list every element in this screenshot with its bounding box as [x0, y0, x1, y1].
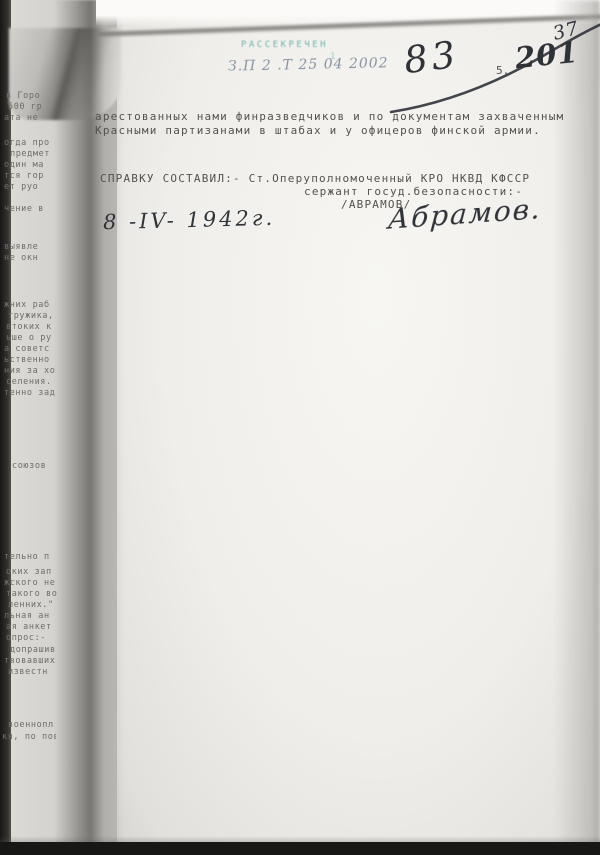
left-page-text-fragment: выявле [4, 242, 58, 252]
left-page-text-fragment: ая анкет [6, 622, 60, 632]
left-page-text-fragment: кя, по пов [2, 732, 56, 742]
left-page-text-fragment: льная ан [4, 611, 58, 621]
scan-right-vignette [554, 0, 600, 855]
left-page-text-fragment: твовавших [4, 656, 58, 666]
left-page-text-fragment: ьше о ру [6, 333, 60, 343]
left-page-text-fragment: ьственно [4, 355, 58, 365]
left-page-text-fragment: тся гор [4, 171, 58, 181]
left-page-text-fragment: ет руо [4, 182, 58, 192]
left-page-text-fragment: оких зап [6, 567, 60, 577]
handwritten-date: 8 -IV- 1942г. [103, 206, 276, 234]
handwritten-number-83: 83 [402, 33, 462, 82]
left-page-text-fragment: в Горо [6, 91, 60, 101]
body-text-line-2: Красными партизанами в штабах и у офицер… [95, 124, 541, 137]
left-page-text-fragment: ата не [4, 113, 58, 123]
left-page-text-fragment: опрос:- [6, 633, 60, 643]
left-page-text-fragment: ленних." [8, 600, 62, 610]
body-text-line-1: арестованных нами финразведчиков и по до… [95, 110, 564, 123]
left-page-text-fragment: чение в [4, 204, 58, 214]
left-page-text-fragment: тружика, [8, 311, 62, 321]
left-page-text-fragment: жних раб [4, 300, 58, 310]
left-page-text-fragment: селения. [6, 377, 60, 387]
left-page-text-fragment: ния за хо [4, 366, 58, 376]
left-page-text-fragment: военнопл [8, 720, 62, 730]
left-page-text-fragment: жского не [4, 578, 58, 588]
left-page-text-fragment: союзов [12, 461, 66, 471]
left-page-text-fragment: огда про [4, 138, 58, 148]
spravka-author-line-1: СПРАВКУ СОСТАВИЛ:- Ст.Оперуполномоченный… [100, 172, 530, 185]
left-page-text-fragment: тельно п [4, 552, 58, 562]
scan-bottom-edge [0, 842, 600, 855]
typed-page-number-5: 5. [496, 64, 509, 77]
left-page-text-fragment: а советс [4, 344, 58, 354]
declassification-date-note: З.П 2 .Т 25 04 2002 [228, 55, 389, 74]
left-page-text-fragment: не окн [4, 253, 58, 263]
scanned-document-page: в Горо 500 гр ата не огда про предмет од… [0, 0, 600, 855]
left-page-text-fragment: допрашив [10, 645, 64, 655]
left-page-text-fragment: втоких к [6, 322, 60, 332]
declassified-stamp: РАССЕКРЕЧЕН [241, 40, 328, 50]
left-page-text-fragment: предмет [10, 149, 64, 159]
left-page-text-fragment: один ма [4, 160, 58, 170]
left-page-text-fragment: 500 гр [8, 102, 62, 112]
left-page-text-fragment: известн [8, 667, 62, 677]
left-page-text-fragment: такого во [6, 589, 60, 599]
left-page-text-fragment: тенно зад [4, 388, 58, 398]
